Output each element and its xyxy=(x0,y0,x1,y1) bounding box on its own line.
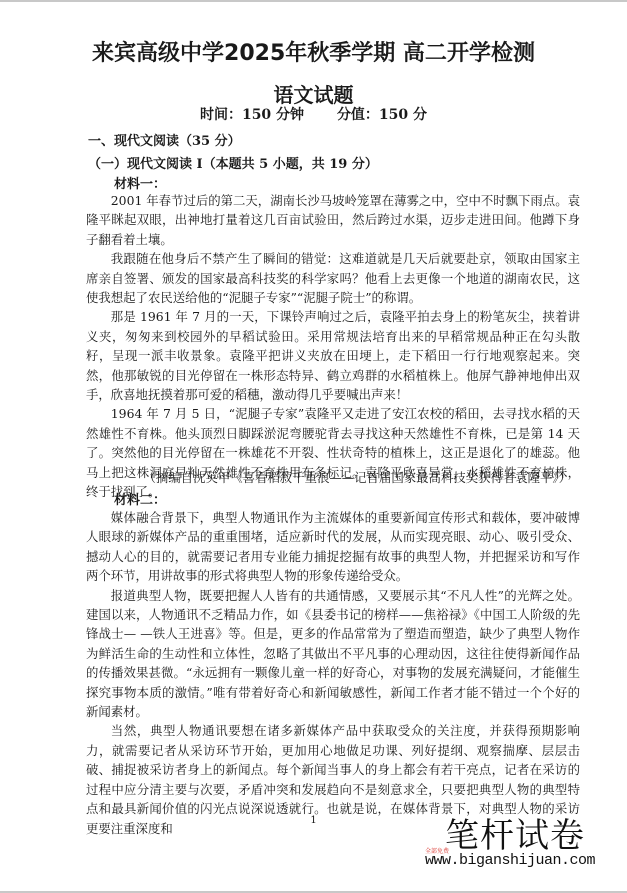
material-one-label: 材料一： xyxy=(114,173,166,192)
material-two-label: 材料二： xyxy=(114,489,166,508)
subsection-heading: （一）现代文阅读 I（本题共 5 小题，共 19 分） xyxy=(88,153,378,172)
paragraph: 1964 年 7 月 5 日，“泥腿子专家”袁隆平又走进了安江农校的稻田，去寻找… xyxy=(86,404,580,501)
material-one-body: 2001 年春节过后的第二天，湖南长沙马坡岭笼罩在薄雾之中，空中不时飘下雨点。袁… xyxy=(86,191,580,502)
watermark: 笔杆试卷 全部免费 www.biganshijuan.com xyxy=(425,818,595,869)
material-two-body: 媒体融合背景下，典型人物通讯作为主流媒体的重要新闻宣传形式和载体，要冲破博人眼球… xyxy=(86,508,580,838)
paragraph: 我跟随在他身后不禁产生了瞬间的错觉：这难道就是几天后就要赴京，领取由国家主席亲自… xyxy=(86,249,580,307)
paragraph: 媒体融合背景下，典型人物通讯作为主流媒体的重要新闻宣传形式和载体，要冲破博人眼球… xyxy=(86,508,580,586)
watermark-title: 笔杆试卷 xyxy=(425,818,595,854)
exam-time: 时间：150 分钟 xyxy=(200,107,304,123)
watermark-badge: 全部免费 xyxy=(425,846,449,855)
exam-info: 时间：150 分钟 分值：150 分 xyxy=(0,104,627,124)
exam-title: 来宾高级中学2025年秋季学期 高二开学检测 xyxy=(0,36,627,67)
paragraph: 2001 年春节过后的第二天，湖南长沙马坡岭笼罩在薄雾之中，空中不时飘下雨点。袁… xyxy=(86,191,580,249)
paragraph: 报道典型人物，既要把握人人皆有的共通情感，又要展示其“不凡人性”的光辉之处。建国… xyxy=(86,586,580,722)
watermark-url: www.biganshijuan.com xyxy=(425,852,595,869)
section-heading: 一、现代文阅读（35 分） xyxy=(88,130,241,149)
top-border xyxy=(0,0,627,2)
exam-score: 分值：150 分 xyxy=(337,107,427,123)
paragraph: 那是 1961 年 7 月的一天，下课铃声响过之后，袁隆平拍去身上的粉笔灰尘，挟… xyxy=(86,307,580,404)
material-one-source: （摘编自沈英甲《喜看稻菽千重浪——记首届国家最高科技奖获得者袁隆平》） xyxy=(144,468,571,486)
